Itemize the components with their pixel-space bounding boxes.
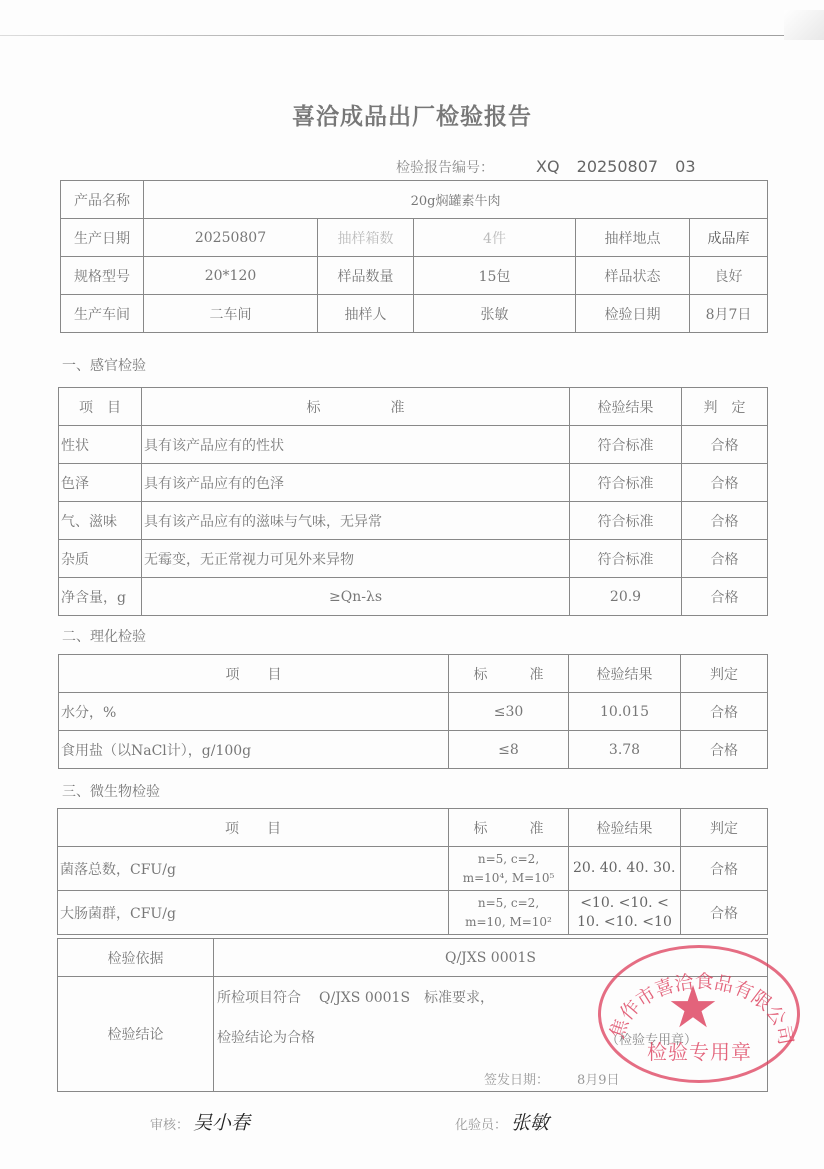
result-cell: 符合标准	[570, 502, 682, 540]
table-row: 净含量，g ≥Qn-λs 20.9 合格	[59, 578, 768, 616]
section-title-physchem: 二、理化检验	[62, 626, 146, 646]
conclusion-line-2: 检验结论为合格	[217, 1027, 315, 1047]
judgment-cell: 合格	[681, 731, 768, 769]
standard-cell: ≤8	[449, 731, 569, 769]
conclusion-label: 检验结论	[58, 977, 214, 1092]
standard-line: m=10, M=10²	[453, 913, 564, 932]
table-row: 产品名称 20g焖罐素牛肉	[61, 181, 768, 219]
item-cell: 食用盐（以NaCl计），g/100g	[59, 731, 449, 769]
result-cell: 10.015	[569, 693, 681, 731]
item-cell: 气、滋味	[59, 502, 142, 540]
physchem-table: 项 目 标 准 检验结果 判定 水分，% ≤30 10.015 合格 食用盐（以…	[58, 654, 768, 769]
judgment-cell: 合格	[682, 464, 768, 502]
column-header: 项 目	[59, 388, 142, 426]
table-row: 色泽 具有该产品应有的色泽 符合标准 合格	[59, 464, 768, 502]
judgment-cell: 合格	[682, 502, 768, 540]
standard-cell: 具有该产品应有的色泽	[142, 464, 570, 502]
table-header-row: 项 目 标 准 检验结果 判定	[59, 655, 768, 693]
standard-cell: n=5, c=2, m=10, M=10²	[449, 891, 569, 935]
standard-cell: ≥Qn-λs	[142, 578, 570, 616]
info-value: 20*120	[144, 257, 318, 295]
document-title: 喜洽成品出厂检验报告	[0, 98, 824, 131]
info-label: 检验日期	[576, 295, 690, 333]
table-row: 食用盐（以NaCl计），g/100g ≤8 3.78 合格	[59, 731, 768, 769]
report-number-label: 检验报告编号：	[396, 160, 494, 176]
info-value: 良好	[690, 257, 768, 295]
table-row: 气、滋味 具有该产品应有的滋味与气味，无异常 符合标准 合格	[59, 502, 768, 540]
item-cell: 水分，%	[59, 693, 449, 731]
issue-date: 签发日期：8月9日	[484, 1069, 620, 1088]
column-header: 检验结果	[570, 388, 682, 426]
table-row: 大肠菌群，CFU/g n=5, c=2, m=10, M=10² <10. <1…	[58, 891, 768, 935]
result-line: 20. 40. 40. 30. 20	[573, 859, 676, 878]
table-row: 水分，% ≤30 10.015 合格	[59, 693, 768, 731]
judgment-cell: 合格	[682, 426, 768, 464]
conclusion-line-1: 所检项目符合Q/JXS 0001S标准要求，	[217, 987, 494, 1007]
result-cell: 符合标准	[570, 464, 682, 502]
standard-line: m=10⁴, M=10⁵	[453, 869, 564, 888]
seal-label: 检验专用章	[647, 1036, 752, 1065]
column-header: 检验结果	[569, 809, 681, 847]
judgment-cell: 合格	[681, 847, 768, 891]
judgment-cell: 合格	[682, 540, 768, 578]
standard-line: n=5, c=2,	[453, 894, 564, 913]
tester-signature: 化验员：张敏	[455, 1108, 549, 1135]
reviewer-label: 审核：	[150, 1118, 189, 1133]
info-label: 抽样地点	[576, 219, 690, 257]
column-header: 判 定	[682, 388, 768, 426]
item-cell: 大肠菌群，CFU/g	[58, 891, 449, 935]
report-number: 检验报告编号：XQ 20250807 03	[396, 157, 696, 177]
info-label: 规格型号	[61, 257, 144, 295]
table-row: 生产车间 二车间 抽样人 张敏 检验日期 8月7日	[61, 295, 768, 333]
standard-cell: ≤30	[449, 693, 569, 731]
column-header: 项 目	[59, 655, 449, 693]
scan-corner-shadow	[784, 10, 824, 40]
standard-cell: 无霉变，无正常视力可见外来异物	[142, 540, 570, 578]
column-header: 标 准	[449, 809, 569, 847]
conclusion-code: Q/JXS 0001S	[319, 990, 410, 1006]
result-line: <10. <10. <	[573, 894, 676, 913]
section-title-micro: 三、微生物检验	[62, 781, 160, 801]
report-number-value: XQ 20250807 03	[536, 157, 696, 176]
info-label: 样品数量	[318, 257, 414, 295]
product-info-table: 产品名称 20g焖罐素牛肉 生产日期 20250807 抽样箱数 4件 抽样地点…	[60, 180, 768, 333]
product-name-label: 产品名称	[61, 181, 144, 219]
basis-label: 检验依据	[58, 939, 214, 977]
info-value: 15包	[414, 257, 576, 295]
judgment-cell: 合格	[682, 578, 768, 616]
table-row: 菌落总数，CFU/g n=5, c=2, m=10⁴, M=10⁵ 20. 40…	[58, 847, 768, 891]
result-cell: 符合标准	[570, 540, 682, 578]
info-value: 8月7日	[690, 295, 768, 333]
info-label: 样品状态	[576, 257, 690, 295]
item-cell: 净含量，g	[59, 578, 142, 616]
micro-table: 项 目 标 准 检验结果 判定 菌落总数，CFU/g n=5, c=2, m=1…	[57, 808, 768, 935]
info-label: 生产车间	[61, 295, 144, 333]
standard-line: n=5, c=2,	[453, 850, 564, 869]
table-header-row: 项 目 标 准 检验结果 判定	[58, 809, 768, 847]
table-header-row: 项 目 标 准 检验结果 判 定	[59, 388, 768, 426]
info-value: 张敏	[414, 295, 576, 333]
company-seal: 焦作市喜洽食品有限公司 ★ 检验专用章	[598, 945, 800, 1083]
info-value: 成品库	[690, 219, 768, 257]
table-row: 性状 具有该产品应有的性状 符合标准 合格	[59, 426, 768, 464]
tester-name: 张敏	[511, 1112, 549, 1134]
sensory-table: 项 目 标 准 检验结果 判 定 性状 具有该产品应有的性状 符合标准 合格 色…	[58, 387, 768, 616]
info-value: 二车间	[144, 295, 318, 333]
scan-edge-line	[0, 35, 824, 36]
star-icon: ★	[667, 978, 719, 1036]
judgment-cell: 合格	[681, 891, 768, 935]
result-cell: 20. 40. 40. 30. 20	[569, 847, 681, 891]
item-cell: 菌落总数，CFU/g	[58, 847, 449, 891]
item-cell: 色泽	[59, 464, 142, 502]
info-label: 生产日期	[61, 219, 144, 257]
column-header: 检验结果	[569, 655, 681, 693]
table-row: 杂质 无霉变，无正常视力可见外来异物 符合标准 合格	[59, 540, 768, 578]
result-line: 10. <10. <10	[573, 913, 676, 932]
info-value: 4件	[414, 219, 576, 257]
item-cell: 杂质	[59, 540, 142, 578]
info-label: 抽样箱数	[318, 219, 414, 257]
result-cell: 符合标准	[570, 426, 682, 464]
result-cell: 20.9	[570, 578, 682, 616]
column-header: 标 准	[449, 655, 569, 693]
standard-cell: 具有该产品应有的滋味与气味，无异常	[142, 502, 570, 540]
reviewer-signature: 审核：吴小春	[150, 1108, 250, 1135]
conclusion-suffix: 标准要求，	[424, 990, 494, 1006]
standard-cell: n=5, c=2, m=10⁴, M=10⁵	[449, 847, 569, 891]
section-title-sensory: 一、感官检验	[62, 355, 146, 375]
column-header: 标 准	[142, 388, 570, 426]
table-row: 规格型号 20*120 样品数量 15包 样品状态 良好	[61, 257, 768, 295]
tester-label: 化验员：	[455, 1118, 507, 1133]
column-header: 项 目	[58, 809, 449, 847]
product-name-value: 20g焖罐素牛肉	[144, 181, 768, 219]
column-header: 判定	[681, 655, 768, 693]
conclusion-prefix: 所检项目符合	[217, 990, 301, 1006]
info-value: 20250807	[144, 219, 318, 257]
info-label: 抽样人	[318, 295, 414, 333]
result-cell: 3.78	[569, 731, 681, 769]
judgment-cell: 合格	[681, 693, 768, 731]
item-cell: 性状	[59, 426, 142, 464]
table-row: 生产日期 20250807 抽样箱数 4件 抽样地点 成品库	[61, 219, 768, 257]
column-header: 判定	[681, 809, 768, 847]
result-cell: <10. <10. < 10. <10. <10	[569, 891, 681, 935]
reviewer-name: 吴小春	[193, 1112, 250, 1134]
standard-cell: 具有该产品应有的性状	[142, 426, 570, 464]
issue-date-label: 签发日期：	[484, 1073, 549, 1088]
